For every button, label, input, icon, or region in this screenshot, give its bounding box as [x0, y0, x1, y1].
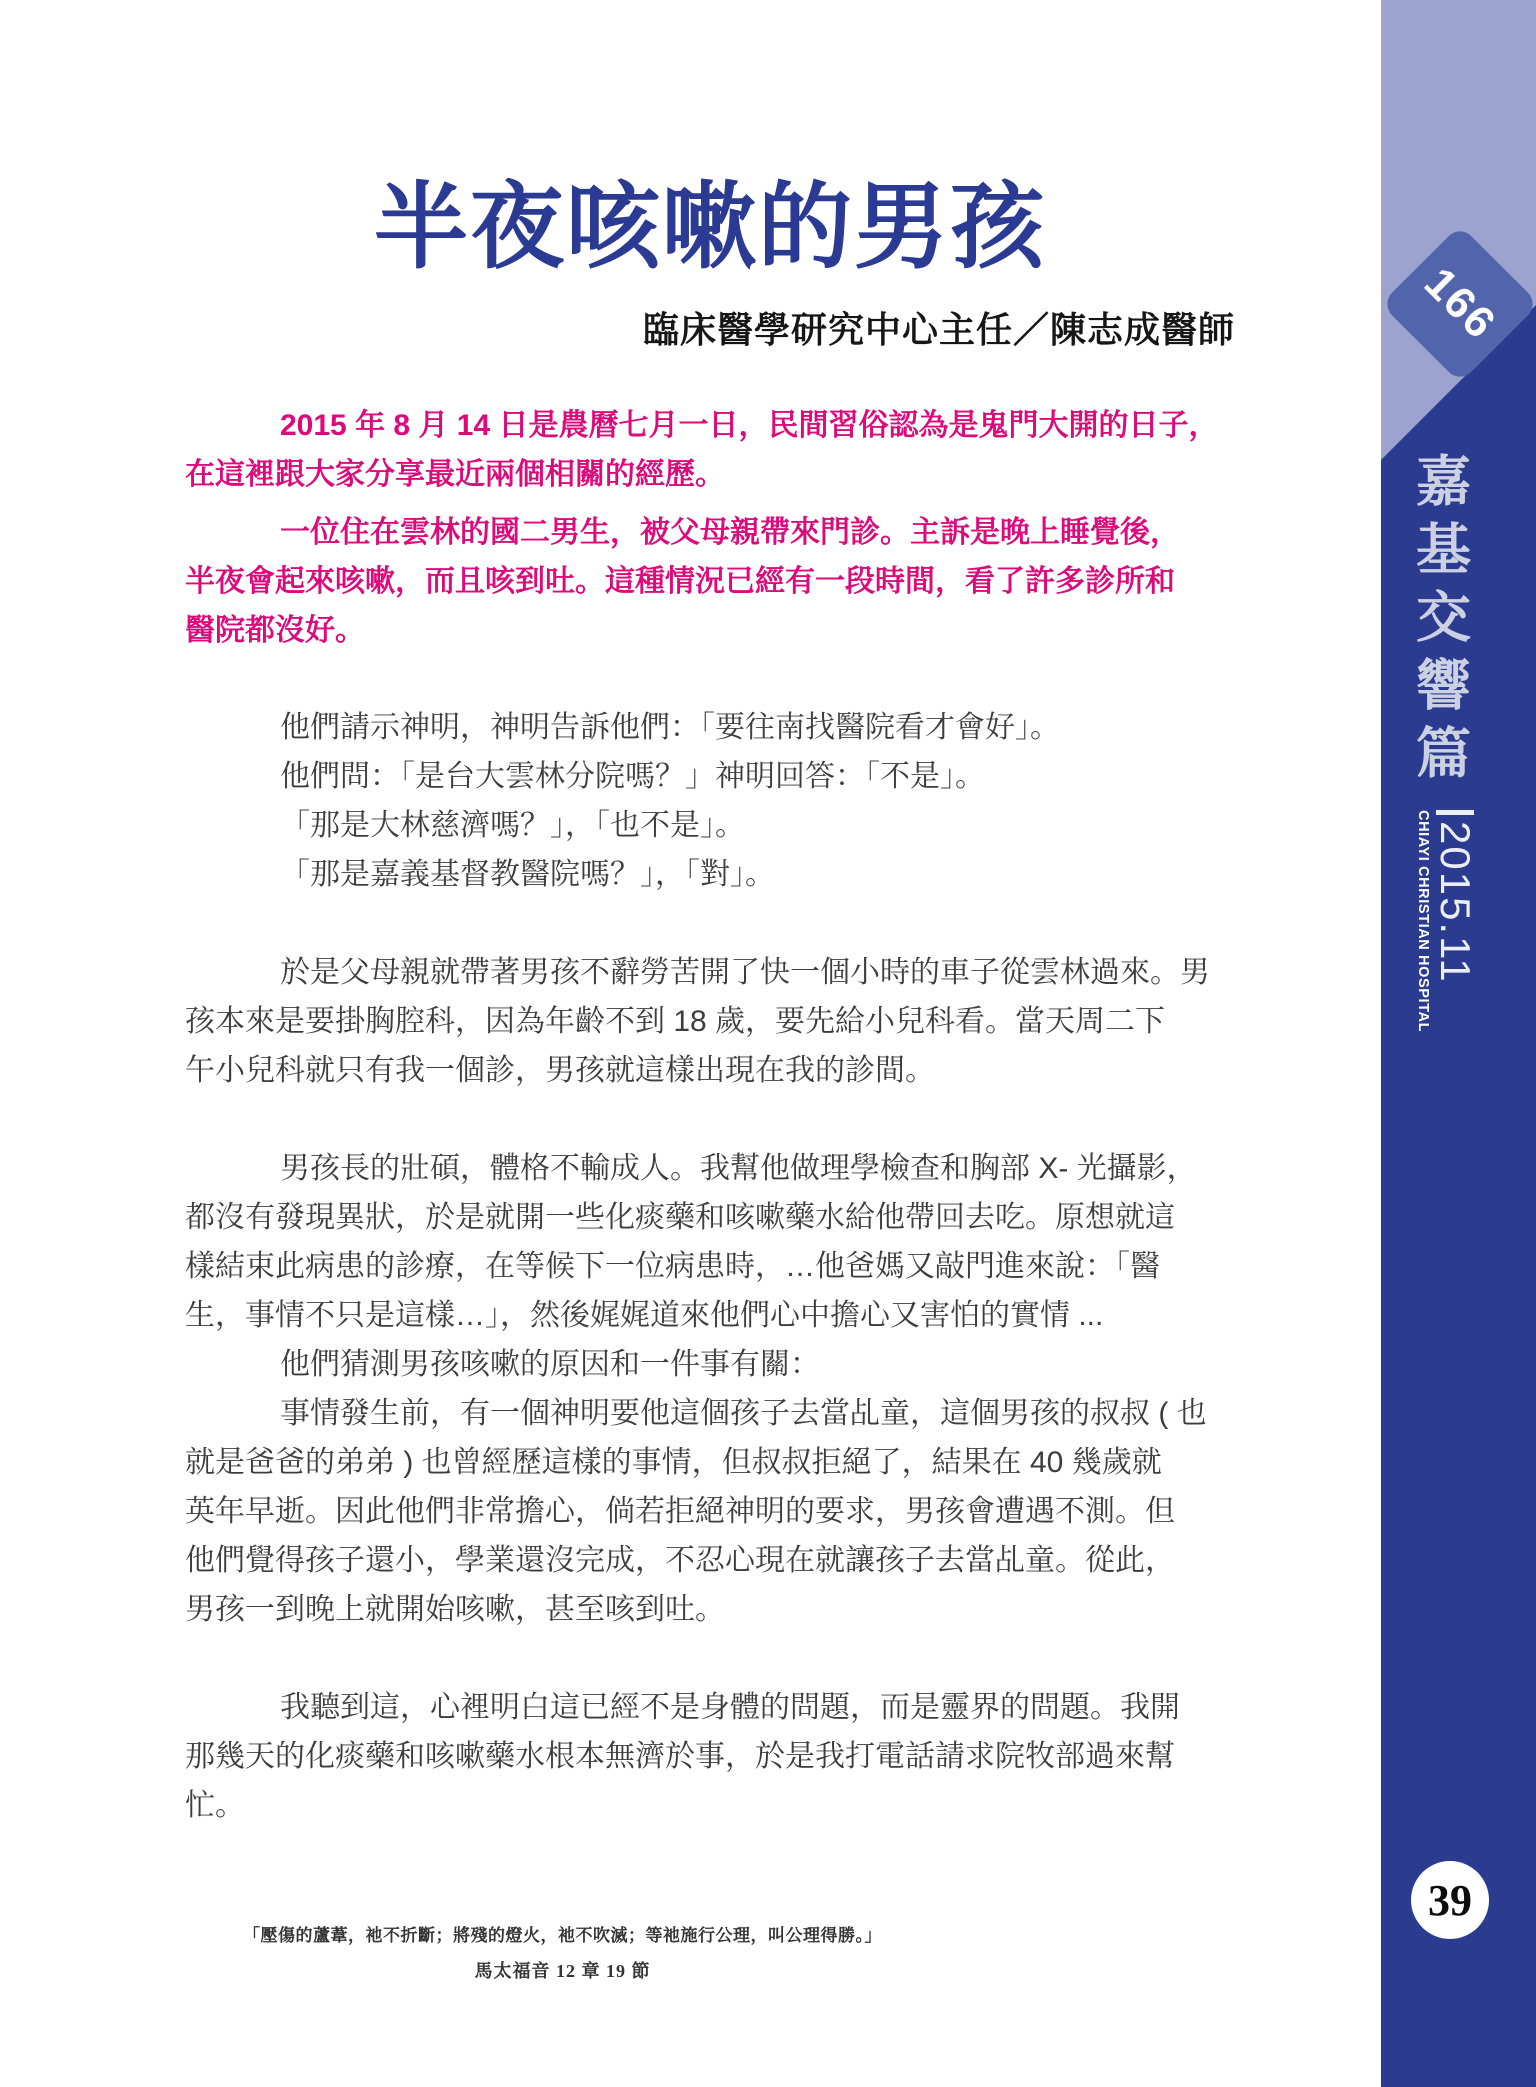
lead-line: 半夜會起來咳嗽，而且咳到吐。這種情況已經有一段時間，看了許多診所和	[185, 557, 1241, 606]
body-line: 男孩一到晚上就開始咳嗽，甚至咳到吐。	[185, 1585, 1241, 1634]
sidebar-band: 166 嘉基交響篇 2015.11 CHIAYI CHRISTIAN HOSPI…	[1381, 0, 1536, 2087]
article-body: 他們請示神明，神明告訴他們：「要往南找醫院看才會好」。 他們問：「是台大雲林分院…	[185, 703, 1241, 1830]
scripture-quote: 「壓傷的蘆葦，祂不折斷；將殘的燈火，祂不吹滅；等祂施行公理，叫公理得勝。」	[185, 1921, 940, 1946]
body-line: 生，事情不只是這樣…」，然後娓娓道來他們心中擔心又害怕的實情 ...	[185, 1291, 1241, 1340]
body-line: 他們請示神明，神明告訴他們：「要往南找醫院看才會好」。	[185, 703, 1241, 752]
body-line: 他們猜測男孩咳嗽的原因和一件事有關：	[185, 1340, 1241, 1389]
body-line: 於是父母親就帶著男孩不辭勞苦開了快一個小時的車子從雲林過來。男	[185, 948, 1241, 997]
sidebar-meta: 2015.11 CHIAYI CHRISTIAN HOSPITAL	[1415, 810, 1477, 1155]
body-line: 事情發生前，有一個神明要他這個孩子去當乩童，這個男孩的叔叔 ( 也	[185, 1389, 1241, 1438]
issue-date: 2015.11	[1433, 821, 1477, 984]
body-line: 那幾天的化痰藥和咳嗽藥水根本無濟於事，於是我打電話請求院牧部過來幫	[185, 1732, 1241, 1781]
lead-line: 在這裡跟大家分享最近兩個相關的經歷。	[185, 450, 1241, 499]
page-number: 39	[1428, 1875, 1472, 1926]
body-line: 都沒有發現異狀，於是就開一些化痰藥和咳嗽藥水給他帶回去吃。原想就這	[185, 1193, 1241, 1242]
page-title: 半夜咳嗽的男孩	[185, 178, 1235, 278]
divider-bar	[1436, 810, 1474, 815]
lead-line: 醫院都沒好。	[185, 606, 1241, 655]
body-line: 英年早逝。因此他們非常擔心，倘若拒絕神明的要求，男孩會遭遇不測。但	[185, 1487, 1241, 1536]
lead-line: 2015 年 8 月 14 日是農曆七月一日，民間習俗認為是鬼門大開的日子，	[185, 401, 1241, 450]
scripture-reference: 馬太福音 12 章 19 節	[185, 1957, 940, 1983]
magazine-page: 半夜咳嗽的男孩 臨床醫學研究中心主任／陳志成醫師 2015 年 8 月 14 日…	[0, 0, 1536, 2087]
body-line: 孩本來是要掛胸腔科，因為年齡不到 18 歲，要先給小兒科看。當天周二下	[185, 997, 1241, 1046]
body-line: 他們覺得孩子還小，學業還沒完成，不忍心現在就讓孩子去當乩童。從此，	[185, 1536, 1241, 1585]
lead-paragraphs: 2015 年 8 月 14 日是農曆七月一日，民間習俗認為是鬼門大開的日子， 在…	[185, 401, 1241, 655]
body-line: 忙。	[185, 1781, 1241, 1830]
body-line: 我聽到這，心裡明白這已經不是身體的問題，而是靈界的問題。我開	[185, 1683, 1241, 1732]
issue-number: 166	[1414, 258, 1506, 350]
body-line: 「那是嘉義基督教醫院嗎？」，「對」。	[185, 850, 1241, 899]
body-line: 午小兒科就只有我一個診，男孩就這樣出現在我的診間。	[185, 1046, 1241, 1095]
body-line: 「那是大林慈濟嗎？」，「也不是」。	[185, 801, 1241, 850]
body-line: 男孩長的壯碩，體格不輸成人。我幫他做理學檢查和胸部 X- 光攝影，	[185, 1144, 1241, 1193]
series-title-vertical: 嘉基交響篇	[1409, 452, 1469, 792]
hospital-name-en: CHIAYI CHRISTIAN HOSPITAL	[1415, 810, 1431, 1155]
body-line: 就是爸爸的弟弟 ) 也曾經歷這樣的事情，但叔叔拒絕了，結果在 40 幾歲就	[185, 1438, 1241, 1487]
lead-line: 一位住在雲林的國二男生，被父母親帶來門診。主訴是晚上睡覺後，	[185, 508, 1241, 557]
body-line: 他們問：「是台大雲林分院嗎？」神明回答：「不是」。	[185, 752, 1241, 801]
author-byline: 臨床醫學研究中心主任／陳志成醫師	[185, 302, 1235, 353]
issue-date-row: 2015.11	[1433, 810, 1477, 1155]
body-line: 樣結束此病患的診療，在等候下一位病患時，…他爸媽又敲門進來說：「醫	[185, 1242, 1241, 1291]
page-number-circle: 39	[1411, 1861, 1489, 1939]
